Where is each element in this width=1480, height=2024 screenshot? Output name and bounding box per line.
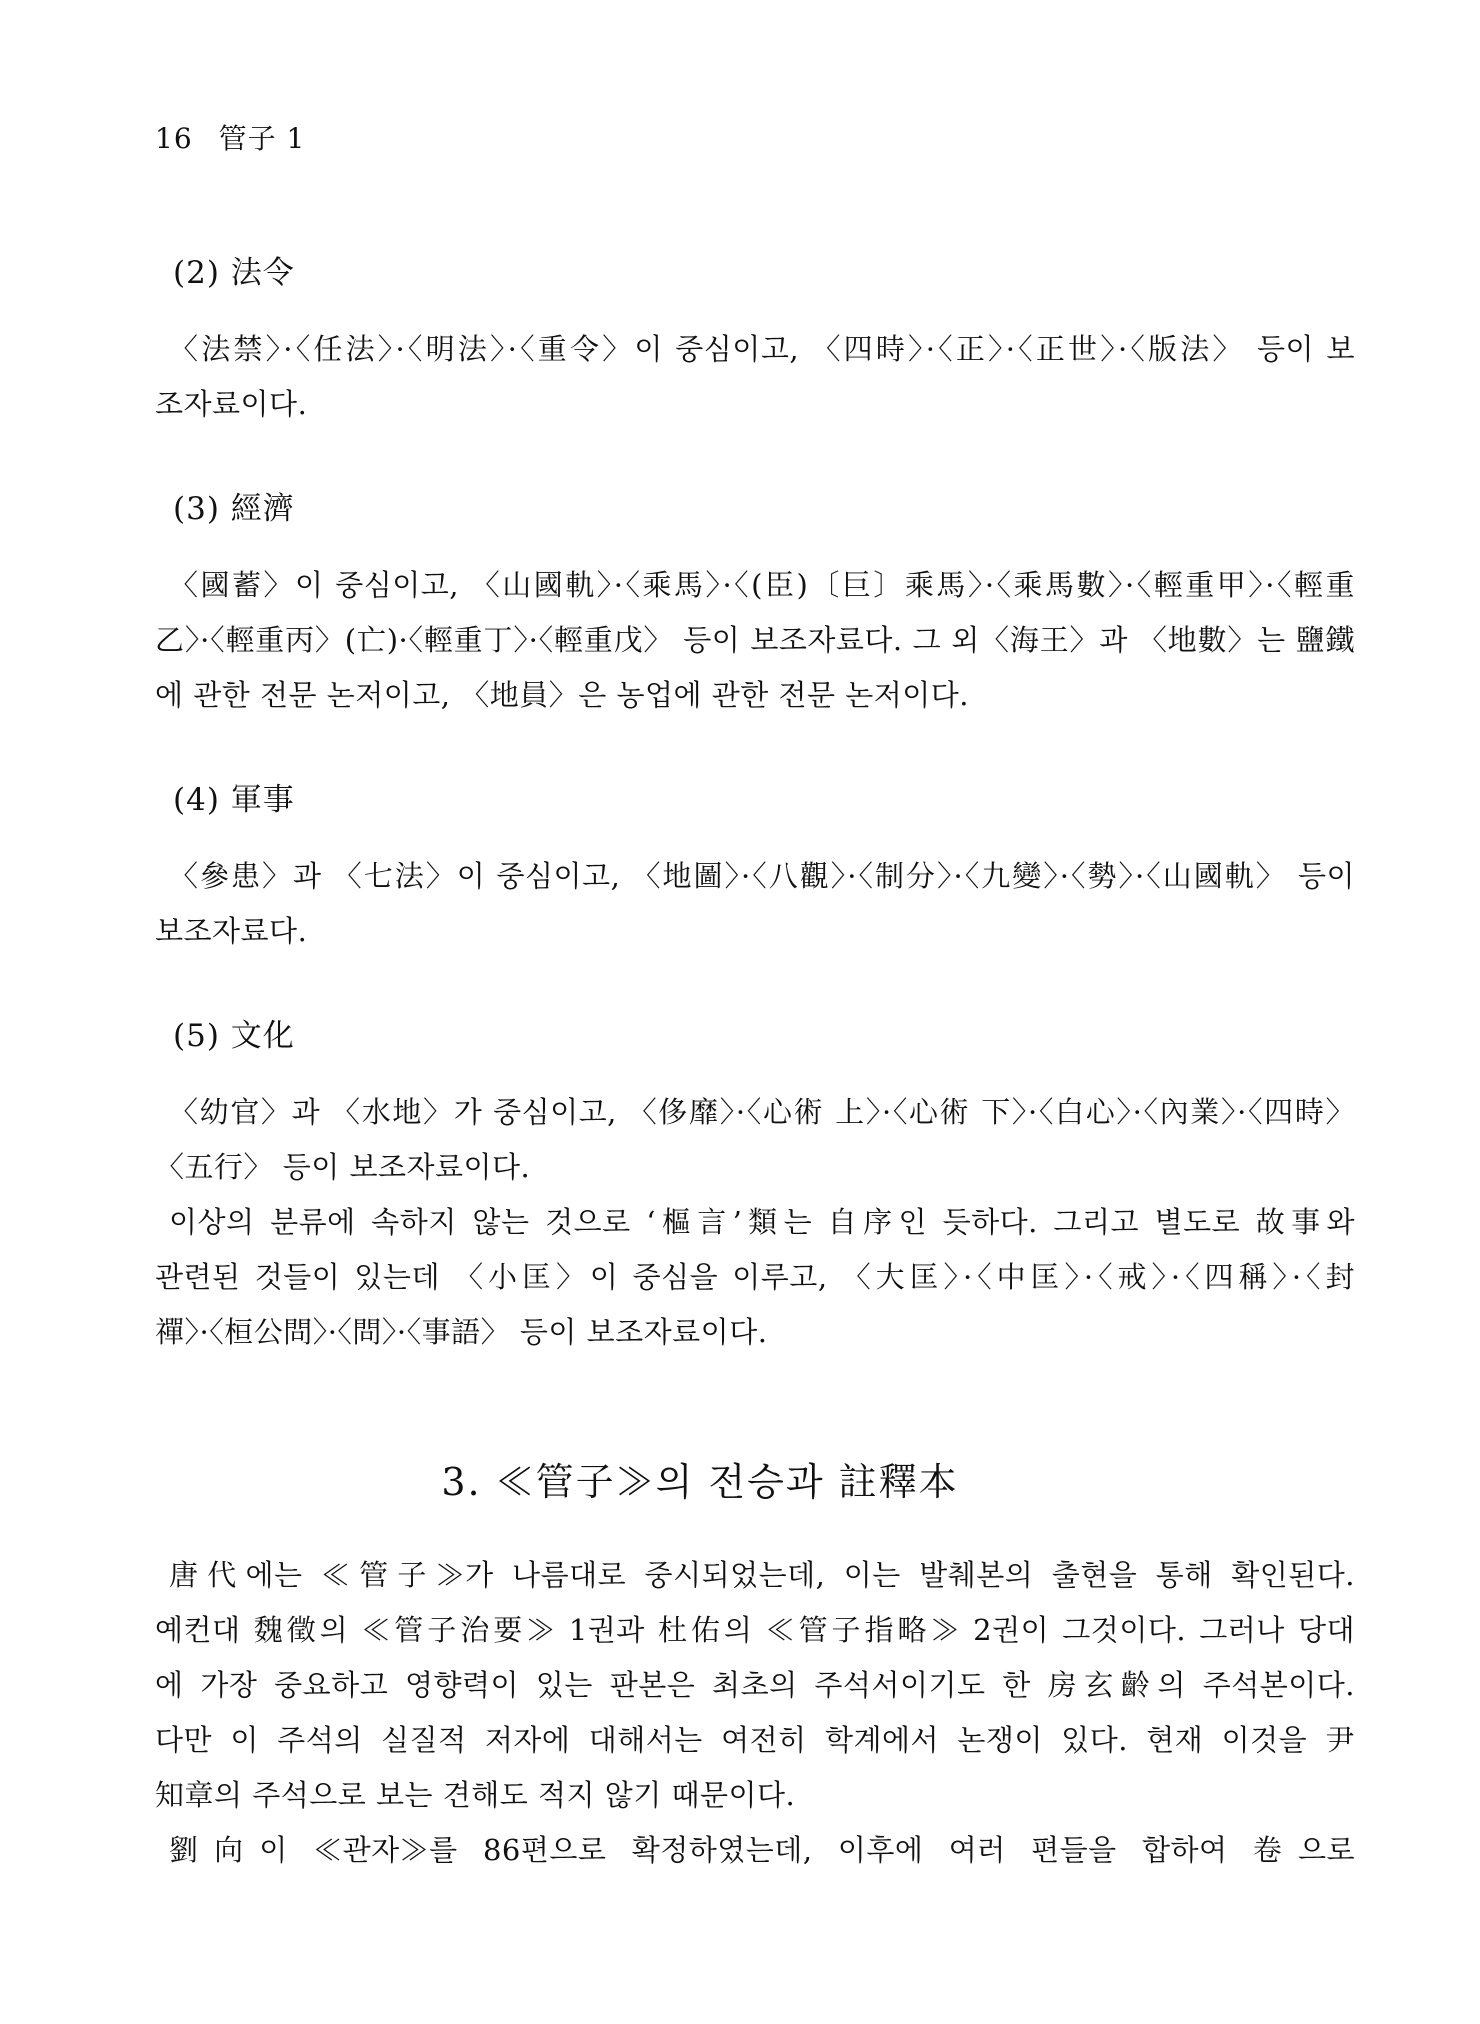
section-heading: (5) 文化: [173, 1015, 1355, 1057]
page-header: 16 管子 1: [155, 122, 1355, 156]
paragraph: 〈國蓄〉이 중심이고, 〈山國軌〉·〈乘馬〉·〈(臣)〔巨〕乘馬〉·〈乘馬數〉·…: [155, 558, 1355, 723]
section-heading: (2) 法令: [173, 252, 1355, 294]
section-heading: (3) 經濟: [173, 488, 1355, 530]
text-line: 〈幼官〉과 〈水地〉가 중심이고, 〈侈靡〉·〈心術 上〉·〈心術 下〉·〈白心…: [155, 1085, 1355, 1140]
text-line: 知章의 주석으로 보는 견해도 적지 않기 때문이다.: [155, 1768, 1355, 1823]
text-line: 唐代에는 ≪管子≫가 나름대로 중시되었는데, 이는 발췌본의 출현을 통해 확…: [155, 1548, 1355, 1603]
text-line: 이상의 분류에 속하지 않는 것으로 ‘樞言’類는 自序인 듯하다. 그리고 별…: [155, 1195, 1355, 1250]
paragraph: 唐代에는 ≪管子≫가 나름대로 중시되었는데, 이는 발췌본의 출현을 통해 확…: [155, 1548, 1355, 1823]
text-line: 보조자료다.: [155, 904, 1355, 959]
text-line: 劉向이 ≪관자≫를 86편으로 확정하였는데, 이후에 여러 편들을 합하여 卷…: [155, 1823, 1355, 1878]
chapter-heading: 3. ≪管子≫의 전승과 註釋本: [100, 1456, 1300, 1508]
text-line: 〈參患〉과 〈七法〉이 중심이고, 〈地圖〉·〈八觀〉·〈制分〉·〈九變〉·〈勢…: [155, 849, 1355, 904]
document-content: (2) 法令〈法禁〉·〈任法〉·〈明法〉·〈重令〉이 중심이고, 〈四時〉·〈正…: [155, 252, 1355, 1878]
paragraph: 劉向이 ≪관자≫를 86편으로 확정하였는데, 이후에 여러 편들을 합하여 卷…: [155, 1823, 1355, 1878]
text-line: 乙〉·〈輕重丙〉(亡)·〈輕重丁〉·〈輕重戊〉 등이 보조자료다. 그 외〈海王…: [155, 613, 1355, 668]
document-page: 16 管子 1 (2) 法令〈法禁〉·〈任法〉·〈明法〉·〈重令〉이 중심이고,…: [0, 0, 1480, 2024]
text-line: 禪〉·〈桓公問〉·〈問〉·〈事語〉 등이 보조자료이다.: [155, 1305, 1355, 1360]
text-line: 〈五行〉 등이 보조자료이다.: [155, 1140, 1355, 1195]
paragraph: 〈法禁〉·〈任法〉·〈明法〉·〈重令〉이 중심이고, 〈四時〉·〈正〉·〈正世〉…: [155, 322, 1355, 432]
text-line: 조자료이다.: [155, 377, 1355, 432]
text-line: 〈國蓄〉이 중심이고, 〈山國軌〉·〈乘馬〉·〈(臣)〔巨〕乘馬〉·〈乘馬數〉·…: [155, 558, 1355, 613]
page-number: 16: [155, 122, 193, 156]
text-line: 예컨대 魏徵의 ≪管子治要≫ 1권과 杜佑의 ≪管子指略≫ 2권이 그것이다. …: [155, 1603, 1355, 1658]
section-heading: (4) 軍事: [173, 779, 1355, 821]
text-line: 에 가장 중요하고 영향력이 있는 판본은 최초의 주석서이기도 한 房玄齡의 …: [155, 1658, 1355, 1713]
paragraph: 〈參患〉과 〈七法〉이 중심이고, 〈地圖〉·〈八觀〉·〈制分〉·〈九變〉·〈勢…: [155, 849, 1355, 959]
text-line: 다만 이 주석의 실질적 저자에 대해서는 여전히 학계에서 논쟁이 있다. 현…: [155, 1713, 1355, 1768]
book-title: 管子 1: [219, 122, 306, 156]
text-line: 관련된 것들이 있는데 〈小匡〉이 중심을 이루고, 〈大匡〉·〈中匡〉·〈戒〉…: [155, 1250, 1355, 1305]
paragraph: 이상의 분류에 속하지 않는 것으로 ‘樞言’類는 自序인 듯하다. 그리고 별…: [155, 1195, 1355, 1360]
text-line: 〈法禁〉·〈任法〉·〈明法〉·〈重令〉이 중심이고, 〈四時〉·〈正〉·〈正世〉…: [155, 322, 1355, 377]
paragraph: 〈幼官〉과 〈水地〉가 중심이고, 〈侈靡〉·〈心術 上〉·〈心術 下〉·〈白心…: [155, 1085, 1355, 1195]
text-line: 에 관한 전문 논저이고, 〈地員〉은 농업에 관한 전문 논저이다.: [155, 668, 1355, 723]
